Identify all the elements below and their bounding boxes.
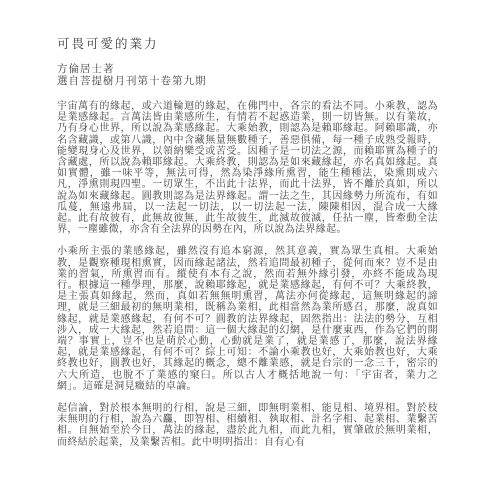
byline-block: 方倫居士著 選自菩提樹月刊第十卷第九期 (57, 64, 438, 88)
body-paragraph-3: 起信論，對於根本無明的行相，說是三細，即無明業相、能見相、境界相。對於枝末無明的… (57, 403, 438, 448)
author-line: 方倫居士著 (57, 64, 438, 76)
body-paragraph-1: 宇宙萬有的緣起，或六道輪迴的緣起，在佛門中，各宗的看法不同。小乘教，認為是業感緣… (57, 101, 438, 235)
page-title: 可畏可愛的業力 (57, 34, 438, 52)
document-page: 可畏可愛的業力 方倫居士著 選自菩提樹月刊第十卷第九期 宇宙萬有的緣起，或六道輪… (0, 0, 495, 495)
body-paragraph-2: 小乘所主張的業感緣起，雖然沒有追本窮源，然其意義，實為眾生真相。大乘始教，是觀察… (57, 246, 438, 392)
source-line: 選自菩提樹月刊第十卷第九期 (57, 76, 438, 88)
